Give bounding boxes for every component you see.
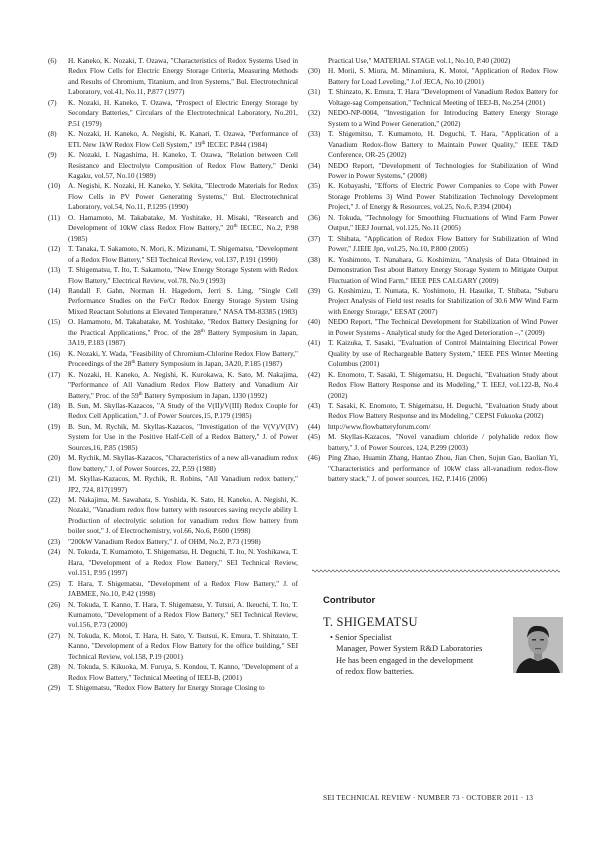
reference-number: (44) <box>308 422 320 432</box>
reference-text: K. Nozaki, H. Kaneko, A. Negishi, K. Kan… <box>68 129 298 148</box>
reference-number: (30) <box>308 66 320 76</box>
reference-text: A. Negishi, K. Nozaki, H. Kaneko, Y. Sek… <box>68 181 298 211</box>
reference-item: (44)http://www.flowbatteryforum.com/ <box>308 422 558 432</box>
reference-text: O. Hamamoto, M. Takabatake, M. Yoshitake… <box>68 213 298 243</box>
reference-number: (9) <box>48 150 57 160</box>
contributor-role: • Senior Specialist <box>330 632 510 643</box>
reference-text[interactable]: http://www.flowbatteryforum.com/ <box>328 422 430 431</box>
reference-text: T. Shigematsu, "Redox Flow Battery for E… <box>68 683 265 692</box>
reference-number: (25) <box>48 579 60 589</box>
reference-text: M. Skyllas-Kazacos, M. Rychik, R. Robins… <box>68 474 298 493</box>
reference-item: (17)K. Nozaki, H. Kaneko, A. Negishi, K.… <box>48 370 298 401</box>
reference-text: "200kW Vanadium Redox Battery," J. of OH… <box>68 537 261 546</box>
reference-number: (11) <box>48 213 60 223</box>
reference-number: (24) <box>48 547 60 557</box>
reference-item: (41)T. Kaizuka, T. Sasaki, "Evaluation o… <box>308 338 558 369</box>
reference-item: (20)M. Rychik, M. Skyllas-Kazacos, "Char… <box>48 453 298 474</box>
reference-number: (41) <box>308 338 320 348</box>
reference-text: N. Tokuda, T. Kumamoto, T. Shigematsu, H… <box>68 547 298 577</box>
reference-number: (37) <box>308 234 320 244</box>
reference-text: K. Enomoto, T. Sasaki, T. Shigematsu, H.… <box>328 370 558 400</box>
reference-text: T. Hara, T. Shigematsu, "Development of … <box>68 579 298 598</box>
reference-item: (13)T. Shigematsu, T. Ito, T. Sakamoto, … <box>48 265 298 286</box>
reference-number: (40) <box>308 317 320 327</box>
reference-number: (38) <box>308 255 320 265</box>
reference-text: M. Nakajima, M. Sawahata, S. Yoshida, K.… <box>68 495 298 535</box>
reference-text: T. Kaizuka, T. Sasaki, "Evaluation of Co… <box>328 338 558 368</box>
reference-number: (46) <box>308 453 320 463</box>
reference-number: (15) <box>48 317 60 327</box>
reference-item: (15)O. Hamamoto, M. Takabatake, M. Yoshi… <box>48 317 298 348</box>
reference-number: (43) <box>308 401 320 411</box>
reference-text: T. Sasaki, K. Enomoto, T. Shigematsu, H.… <box>328 401 558 420</box>
reference-continuation: Practical Use," MATERIAL STAGE vol.1, No… <box>308 56 558 66</box>
reference-item: (25)T. Hara, T. Shigematsu, "Development… <box>48 579 298 600</box>
reference-item: (19)B. Sun, M. Rychik, M. Skyllas-Kazaco… <box>48 422 298 453</box>
reference-text: Randall F. Gahn, Norman H. Hagedorn, Jer… <box>68 286 298 316</box>
contributor-name: T. SHIGEMATSU <box>323 615 418 630</box>
portrait-icon <box>513 617 563 673</box>
reference-number: (6) <box>48 56 57 66</box>
page-footer: SEI TECHNICAL REVIEW · NUMBER 73 · OCTOB… <box>323 793 533 802</box>
reference-number: (19) <box>48 422 60 432</box>
reference-number: (18) <box>48 401 60 411</box>
reference-number: (8) <box>48 129 57 139</box>
reference-number: (28) <box>48 662 60 672</box>
reference-item: (14)Randall F. Gahn, Norman H. Hagedorn,… <box>48 286 298 317</box>
reference-text: N. Tokuda, S. Kikuoka, M. Furuya, S. Kon… <box>68 662 298 681</box>
reference-item: (18)B. Sun, M. Skyllas-Kazacos, "A Study… <box>48 401 298 422</box>
contributor-role-text: Senior Specialist <box>335 633 392 642</box>
reference-text: G. Koshimizu, T. Numata, K. Yoshimoto, H… <box>328 286 558 316</box>
references-right-column: Practical Use," MATERIAL STAGE vol.1, No… <box>308 56 558 485</box>
reference-text: O. Hamamoto, M. Takabatake, M. Yoshitake… <box>68 317 298 347</box>
reference-item: (21)M. Skyllas-Kazacos, M. Rychik, R. Ro… <box>48 474 298 495</box>
reference-text: M. Rychik, M. Skyllas-Kazacos, "Characte… <box>68 453 298 472</box>
reference-item: (8)K. Nozaki, H. Kaneko, A. Negishi, K. … <box>48 129 298 150</box>
reference-item: (30)H. Morii, S. Miura, M. Minamiura, K.… <box>308 66 558 87</box>
reference-text: T. Shinzato, K. Emura, T. Hara "Developm… <box>328 87 558 106</box>
reference-item: (32)NEDO-NP-0004, "Investigation for Int… <box>308 108 558 129</box>
reference-item: (11)O. Hamamoto, M. Takabatake, M. Yoshi… <box>48 213 298 244</box>
reference-text: K. Nozaki, Y. Wada, "Feasibility of Chro… <box>68 349 298 368</box>
wavy-divider <box>312 568 560 574</box>
reference-number: (16) <box>48 349 60 359</box>
reference-text: NEDO Report, "The Technical Development … <box>328 317 558 336</box>
reference-text: B. Sun, M. Skyllas-Kazacos, "A Study of … <box>68 401 298 420</box>
reference-text: B. Sun, M. Rychik, M. Skyllas-Kazacos, "… <box>68 422 298 452</box>
contributor-photo <box>513 617 563 673</box>
reference-text: NEDO Report, "Development of Technologie… <box>328 161 558 180</box>
reference-number: (13) <box>48 265 60 275</box>
reference-number: (31) <box>308 87 320 97</box>
reference-text: N. Tokuda, K. Motoi, T. Hara, H. Sato, Y… <box>68 631 298 661</box>
reference-number: (29) <box>48 683 60 693</box>
reference-item: (9)K. Nozaki, I. Nagashima, H. Kaneko, T… <box>48 150 298 181</box>
reference-number: (17) <box>48 370 60 380</box>
reference-text: K. Yoshimoto, T. Nanahara, G. Koshimizu,… <box>328 255 558 285</box>
references-left-column: (6)H. Kaneko, K. Nozaki, T. Ozawa, "Char… <box>48 56 298 694</box>
contributor-heading: Contributor <box>323 595 375 606</box>
contributor-bio-line: Manager, Power System R&D Laboratories <box>330 643 510 654</box>
reference-number: (26) <box>48 600 60 610</box>
contributor-bio: • Senior Specialist Manager, Power Syste… <box>330 632 510 677</box>
reference-text: NEDO-NP-0004, "Investigation for Introdu… <box>328 108 558 127</box>
reference-number: (42) <box>308 370 320 380</box>
reference-number: (34) <box>308 161 320 171</box>
reference-item: (43)T. Sasaki, K. Enomoto, T. Shigematsu… <box>308 401 558 422</box>
reference-item: (6)H. Kaneko, K. Nozaki, T. Ozawa, "Char… <box>48 56 298 98</box>
reference-number: (33) <box>308 129 320 139</box>
reference-text: N. Tokuda, T. Kanno, T. Hara, T. Shigema… <box>68 600 298 630</box>
reference-item: (10)A. Negishi, K. Nozaki, H. Kaneko, Y.… <box>48 181 298 212</box>
reference-item: (39)G. Koshimizu, T. Numata, K. Yoshimot… <box>308 286 558 317</box>
reference-text: K. Kobayashi, "Efforts of Electric Power… <box>328 181 558 211</box>
reference-item: (42)K. Enomoto, T. Sasaki, T. Shigematsu… <box>308 370 558 401</box>
reference-item: (27)N. Tokuda, K. Motoi, T. Hara, H. Sat… <box>48 631 298 662</box>
reference-number: (27) <box>48 631 60 641</box>
reference-text: Ping Zhao, Huamin Zhang, Hantao Zhou, Ji… <box>328 453 558 483</box>
reference-item: (46)Ping Zhao, Huamin Zhang, Hantao Zhou… <box>308 453 558 484</box>
reference-item: (33)T. Shigemitsu, T. Kumamoto, H. Deguc… <box>308 129 558 160</box>
reference-item: (28)N. Tokuda, S. Kikuoka, M. Furuya, S.… <box>48 662 298 683</box>
reference-item: (23)"200kW Vanadium Redox Battery," J. o… <box>48 537 298 547</box>
reference-item: (7)K. Nozaki, H. Kaneko, T. Ozawa, "Pros… <box>48 98 298 129</box>
reference-text: K. Nozaki, H. Kaneko, T. Ozawa, "Prospec… <box>68 98 298 128</box>
contributor-bio-line: of redox flow batteries. <box>330 666 510 677</box>
reference-item: (22)M. Nakajima, M. Sawahata, S. Yoshida… <box>48 495 298 537</box>
reference-text: T. Shibata, "Application of Redox Flow B… <box>328 234 558 253</box>
reference-item: (24)N. Tokuda, T. Kumamoto, T. Shigemats… <box>48 547 298 578</box>
reference-item: (37)T. Shibata, "Application of Redox Fl… <box>308 234 558 255</box>
reference-text: T. Shigematsu, T. Ito, T. Sakamoto, "New… <box>68 265 298 284</box>
reference-number: (21) <box>48 474 60 484</box>
reference-item: (12)T. Tanaka, T. Sakamoto, N. Mori, K. … <box>48 244 298 265</box>
reference-item: (26)N. Tokuda, T. Kanno, T. Hara, T. Shi… <box>48 600 298 631</box>
reference-number: (22) <box>48 495 60 505</box>
reference-number: (45) <box>308 432 320 442</box>
reference-number: (39) <box>308 286 320 296</box>
reference-number: (7) <box>48 98 57 108</box>
reference-number: (12) <box>48 244 60 254</box>
reference-text: H. Kaneko, K. Nozaki, T. Ozawa, "Charact… <box>68 56 298 96</box>
reference-text: K. Nozaki, H. Kaneko, A. Negishi, K. Kur… <box>68 370 298 400</box>
reference-item: (40)NEDO Report, "The Technical Developm… <box>308 317 558 338</box>
reference-number: (35) <box>308 181 320 191</box>
reference-item: (35)K. Kobayashi, "Efforts of Electric P… <box>308 181 558 212</box>
reference-text: N. Tokuda, "Technology for Smoothing Flu… <box>328 213 558 232</box>
reference-item: (45)M. Skyllas-Kazacos, "Novel vanadium … <box>308 432 558 453</box>
contributor-bio-line: He has been engaged in the development <box>330 655 510 666</box>
reference-number: (36) <box>308 213 320 223</box>
reference-number: (14) <box>48 286 60 296</box>
reference-item: (16)K. Nozaki, Y. Wada, "Feasibility of … <box>48 349 298 370</box>
reference-item: (38)K. Yoshimoto, T. Nanahara, G. Koshim… <box>308 255 558 286</box>
reference-text: M. Skyllas-Kazacos, "Novel vanadium chlo… <box>328 432 558 451</box>
reference-text: T. Tanaka, T. Sakamoto, N. Mori, K. Mizu… <box>68 244 298 263</box>
reference-item: (29)T. Shigematsu, "Redox Flow Battery f… <box>48 683 298 693</box>
reference-item: (31)T. Shinzato, K. Emura, T. Hara "Deve… <box>308 87 558 108</box>
reference-text: T. Shigemitsu, T. Kumamoto, H. Deguchi, … <box>328 129 558 159</box>
reference-item: (34)NEDO Report, "Development of Technol… <box>308 161 558 182</box>
reference-number: (23) <box>48 537 60 547</box>
reference-number: (32) <box>308 108 320 118</box>
bullet-icon: • <box>330 633 333 642</box>
reference-number: (20) <box>48 453 60 463</box>
reference-text: H. Morii, S. Miura, M. Minamiura, K. Mot… <box>328 66 558 85</box>
reference-item: (36)N. Tokuda, "Technology for Smoothing… <box>308 213 558 234</box>
reference-text: K. Nozaki, I. Nagashima, H. Kaneko, T. O… <box>68 150 298 180</box>
reference-number: (10) <box>48 181 60 191</box>
